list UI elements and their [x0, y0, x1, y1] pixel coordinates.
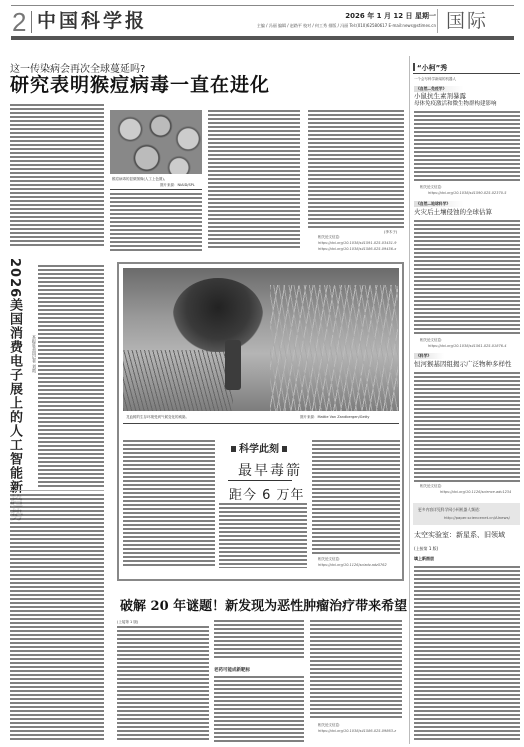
space-lab-subhead: 填上新图层 — [414, 556, 434, 562]
sidebar-item-source: 相关论文信息： — [420, 484, 445, 489]
tree-trunk — [225, 340, 241, 390]
photo-grass-left — [123, 350, 233, 411]
sidebar-item-title: 恒河猴基因组揭示广泛物种多样性 — [414, 360, 512, 368]
section-divider — [437, 9, 438, 33]
editorial-credits: 主编 / 冯丽 编辑 / 赵路平 校对 / 何工秀 排版 / 冯丽 Tel:(0… — [257, 23, 436, 29]
lead-body-col1 — [10, 104, 104, 234]
sidebar-item-doi[interactable]: https://doi.org/10.1126/science.adv1234 — [440, 490, 511, 494]
feature-doi[interactable]: https://doi.org/10.1126/sciadv.adz5762 — [318, 563, 387, 567]
lead-photo-credit: 图片来源：NIAID/SPL — [160, 183, 195, 188]
top-rule — [11, 5, 514, 6]
vertical-story-intro — [10, 236, 104, 248]
lead-body-col4 — [308, 110, 404, 230]
feature-body-col2 — [219, 503, 307, 568]
sidebar-item-doi[interactable]: https://doi.org/10.1038/s41561-025-01876… — [428, 344, 506, 348]
bullet-icon — [282, 446, 287, 452]
feature-source-label: 相关论文信息： — [318, 557, 343, 562]
tree-crown — [173, 278, 263, 352]
sidebar-item-source: 相关论文信息： — [420, 338, 445, 343]
bottom-subhead: 老药可能成新靶标 — [214, 667, 250, 673]
bottom-body-col1 — [117, 626, 209, 742]
sidebar-item-title: 火灾后土壤侵蚀的全球估算 — [414, 208, 492, 216]
sidebar-item-title-line2: 母体免疫激活和微生物群构建影响 — [414, 100, 497, 108]
page-number-divider — [31, 11, 32, 33]
newspaper-logo: 中国科学报 — [37, 10, 147, 32]
sidebar-item-body — [414, 220, 520, 336]
bottom-headline: 破解 20 年谜题！新发现为恶性肿瘤治疗带来希望 — [120, 595, 407, 614]
column-marker — [413, 63, 415, 71]
issue-date: 2026 年 1 月 12 日 星期一 — [345, 11, 436, 21]
bottom-source-label: 相关论文信息： — [318, 723, 343, 728]
masthead-bar — [11, 36, 514, 40]
lead-author-tag: (李木子) — [384, 230, 397, 235]
sidebar-divider — [409, 56, 410, 744]
lead-headline: 研究表明猴痘病毒一直在进化 — [10, 74, 270, 96]
space-lab-body — [414, 566, 520, 740]
sidebar-item-doi[interactable]: https://doi.org/10.1038/s41590-025-02370… — [428, 191, 506, 195]
monkeypox-micrograph — [110, 110, 202, 174]
promo-text: 更多内容详见科学网小柯机器人频道： — [418, 507, 483, 513]
lead-body-col2 — [110, 193, 202, 253]
sidebar-item-tag: 《自然—地球科学》 — [414, 201, 464, 207]
feature-photo-credit: 图片来源：Mattie Van Zandbergen/Getty — [300, 415, 369, 420]
vertical-story-byline: 本报驻美国记者 刘霞 — [31, 335, 37, 372]
bottom-dateline: (上接第 1 版) — [117, 620, 138, 625]
vertical-story-body — [38, 265, 104, 487]
promo-url[interactable]: http://paper.sciencenet.cn/AInews/ — [444, 515, 510, 520]
lead-photo-caption: 猴痘病毒的显微图像(人工上色图)。 — [112, 177, 167, 182]
feature-title-line2: 距今 6 万年 — [229, 484, 305, 503]
page-number: 2 — [12, 9, 26, 35]
lead-photo-rule — [110, 189, 202, 190]
sidebar-title-rule — [413, 73, 520, 74]
vertical-story-rule — [10, 490, 104, 491]
photo-grass-right — [270, 285, 398, 411]
lead-body-col3 — [208, 110, 300, 250]
bottom-body-col2a — [214, 620, 304, 660]
feature-photo-rule — [123, 423, 399, 424]
space-lab-dateline: (上接第 1 版) — [414, 546, 438, 552]
lead-kicker: 这一传染病会再次全球蔓延吗? — [10, 60, 145, 75]
lead-doi-2[interactable]: https://doi.org/10.1038/s41586-025-09456… — [318, 247, 396, 251]
left-column-body — [10, 494, 104, 740]
sidebar-item-source: 相关论文信息： — [420, 185, 445, 190]
lead-source-label: 相关论文信息： — [318, 235, 343, 240]
feature-body-col1 — [123, 440, 215, 568]
bullet-icon — [231, 446, 236, 452]
column-label: 科学此刻 — [228, 440, 290, 455]
bottom-doi[interactable]: https://doi.org/10.1038/s41586-025-09863… — [318, 729, 396, 733]
sidebar-item-body — [414, 372, 520, 482]
sidebar-item-title: 小鼠抗生素剂暴露 — [414, 92, 466, 100]
sidebar-item-tag: 《科学》 — [414, 353, 444, 359]
bottom-body-col3 — [310, 620, 402, 720]
space-lab-headline: 太空实验室：新星系、旧领域 — [414, 530, 505, 540]
vertical-story-headline: 2026美国消费电子展上的人工智能新趋势 — [4, 258, 22, 522]
feature-body-col3 — [312, 440, 400, 555]
sidebar-item-body — [414, 111, 520, 183]
lead-doi-1[interactable]: https://doi.org/10.1038/s41591-025-03451… — [318, 241, 396, 245]
section-title: 国际 — [446, 9, 488, 33]
feature-photo-caption: 龙血树的生存环境受到气候变化的威胁。 — [126, 415, 189, 420]
sidebar-column-title: “小柯”秀 — [417, 63, 447, 73]
feature-title-line1: 最早毒箭 — [238, 460, 302, 480]
bottom-body-col2b — [214, 676, 304, 742]
feature-title-rule — [228, 480, 292, 481]
sidebar-column-subtitle: 一个会写科学新闻的机器人 — [414, 77, 456, 82]
